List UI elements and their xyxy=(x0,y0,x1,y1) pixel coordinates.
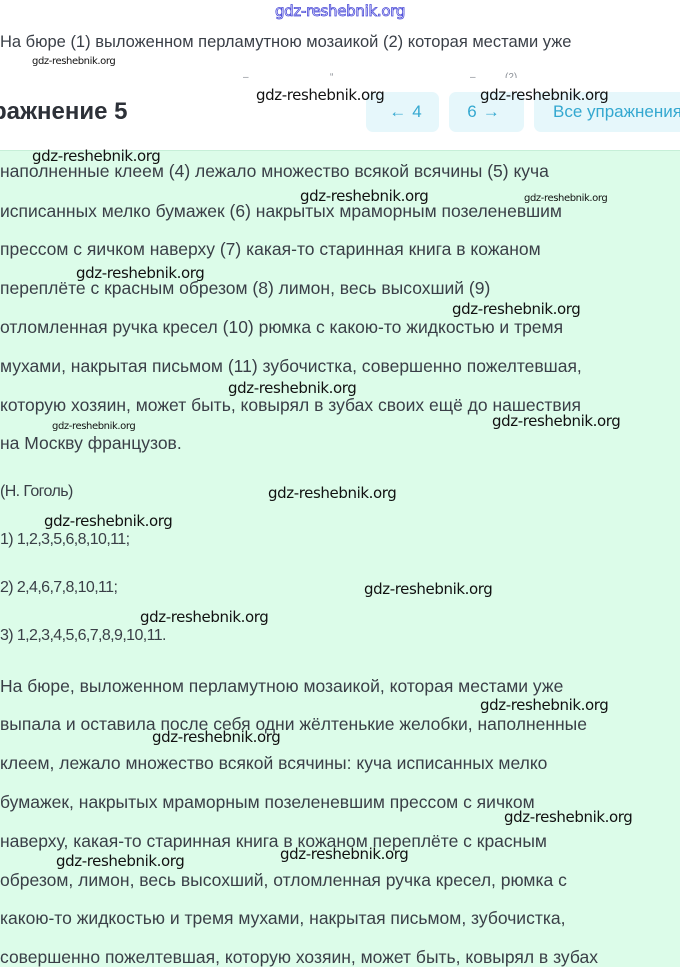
watermark: gdz-reshebnik.org xyxy=(364,580,492,598)
text-line: На бюре, выложенном перламутною мозаикой… xyxy=(0,676,563,697)
text-line: отломленная ручка кресел (10) рюмка с ка… xyxy=(0,317,563,338)
watermark: gdz-reshebnik.org xyxy=(524,193,607,204)
watermark: gdz-reshebnik.org xyxy=(504,808,632,826)
text-line: переплёте с красным обрезом (8) лимон, в… xyxy=(0,278,490,299)
answer-option-3: 3) 1,2,3,4,5,6,7,8,9,10,11. xyxy=(0,627,166,645)
watermark: gdz-reshebnik.org xyxy=(32,147,160,165)
watermark: gdz-reshebnik.org xyxy=(56,852,184,870)
watermark: gdz-reshebnik.org xyxy=(452,300,580,318)
arrow-right-icon: → xyxy=(483,102,500,122)
site-banner: gdz-reshebnik.org xyxy=(0,2,680,20)
watermark: gdz-reshebnik.org xyxy=(300,187,428,205)
text-line: исписанных мелко бумажек (6) накрытых мр… xyxy=(0,201,562,222)
watermark: gdz-reshebnik.org xyxy=(480,86,608,104)
watermark: gdz-reshebnik.org xyxy=(44,512,172,530)
text-line: обрезом, лимон, весь высохший, отломленн… xyxy=(0,870,567,891)
page-title: ражнение 5 xyxy=(0,98,127,126)
watermark: gdz-reshebnik.org xyxy=(152,728,280,746)
text-line: на Москву французов. xyxy=(0,433,182,454)
text-line-top: На бюре (1) выложенном перламутною мозаи… xyxy=(0,33,571,52)
arrow-left-icon: ← xyxy=(389,102,406,122)
watermark: gdz-reshebnik.org xyxy=(76,264,204,282)
text-line: бумажек, накрытых мраморным позеленевшим… xyxy=(0,792,535,813)
text-line: прессом с яичком наверху (7) какая-то ст… xyxy=(0,239,541,260)
watermark: gdz-reshebnik.org xyxy=(140,608,268,626)
watermark: gdz-reshebnik.org xyxy=(280,845,408,863)
text-line: совершенно пожелтевшая, которую хозяин, … xyxy=(0,947,598,967)
watermark: gdz-reshebnik.org xyxy=(480,696,608,714)
exercise-header: ражнение 5 ← 4 6 → Все упражнения gdz-re… xyxy=(0,78,680,150)
watermark: gdz-reshebnik.org xyxy=(228,379,356,397)
text-line: какою-то жидкостью и тремя мухами, накры… xyxy=(0,908,566,929)
solution-panel: наполненные клеем (4) лежало множество в… xyxy=(0,150,680,967)
watermark: gdz-reshebnik.org xyxy=(256,86,384,104)
watermark: gdz-reshebnik.org xyxy=(52,421,135,432)
watermark: gdz-reshebnik.org xyxy=(268,484,396,502)
prev-exercise-label: 4 xyxy=(412,102,421,122)
answer-option-2: 2) 2,4,6,7,8,10,11; xyxy=(0,579,117,597)
text-line: клеем, лежало множество всякой всячины: … xyxy=(0,753,547,774)
text-line: выпала и оставила после себя одни жёлтен… xyxy=(0,714,587,735)
text-line: мухами, накрытая письмом (11) зубочистка… xyxy=(0,356,582,377)
text-line: наверху, какая-то старинная книга в кожа… xyxy=(0,831,547,852)
next-exercise-label: 6 xyxy=(467,102,476,122)
author-attribution: (Н. Гоголь) xyxy=(0,483,73,501)
watermark: gdz-reshebnik.org xyxy=(492,412,620,430)
answer-option-1: 1) 1,2,3,5,6,8,10,11; xyxy=(0,531,129,549)
